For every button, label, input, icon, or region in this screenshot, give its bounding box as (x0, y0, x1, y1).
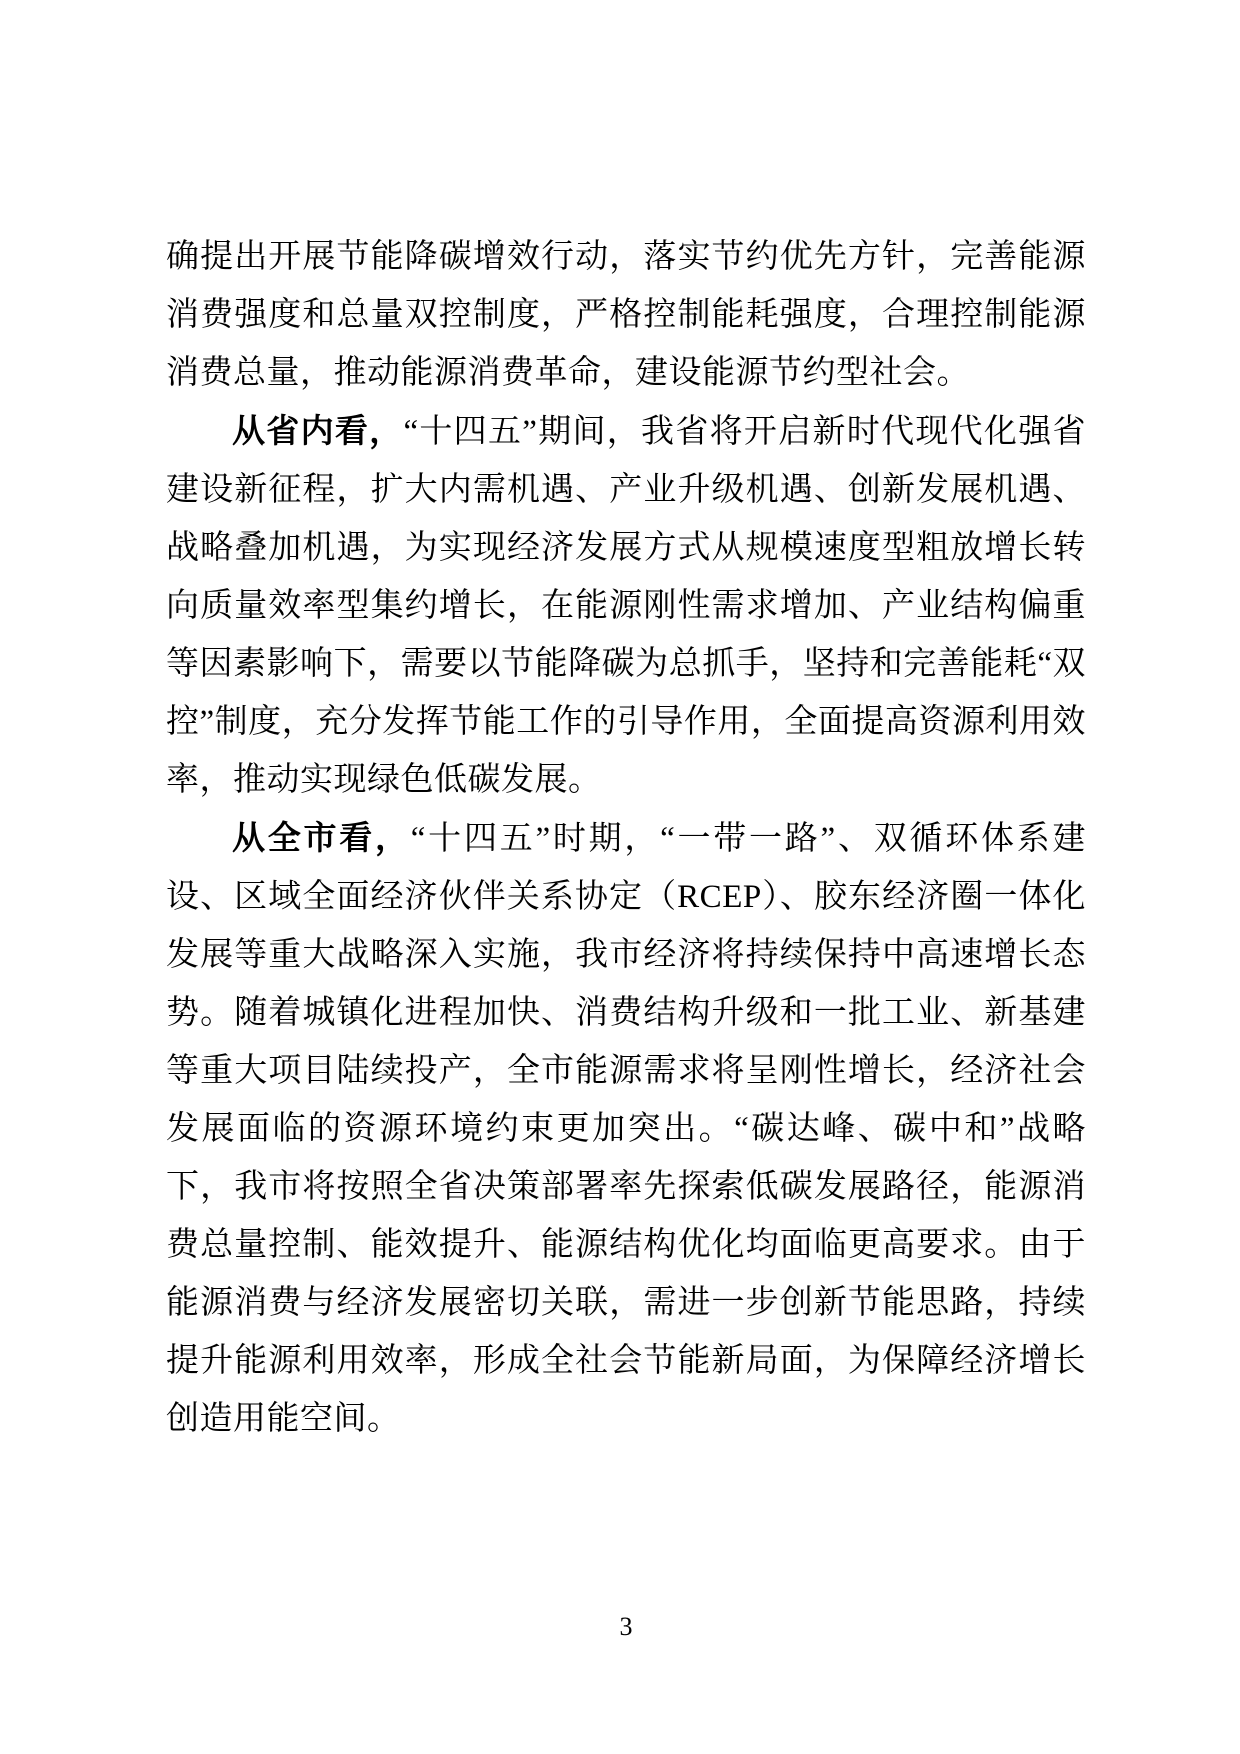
paragraph-province-view: 从省内看，“十四五”期间，我省将开启新时代现代化强省建设新征程，扩大内需机遇、产… (166, 402, 1086, 809)
paragraph-city-view: 从全市看，“十四五”时期，“一带一路”、双循环体系建设、区域全面经济伙伴关系协定… (166, 809, 1086, 1448)
paragraph-continued: 确提出开展节能降碳增效行动，落实节约优先方针，完善能源消费强度和总量双控制度，严… (166, 228, 1086, 402)
document-page: 确提出开展节能降碳增效行动，落实节约优先方针，完善能源消费强度和总量双控制度，严… (0, 0, 1240, 1754)
document-body: 确提出开展节能降碳增效行动，落实节约优先方针，完善能源消费强度和总量双控制度，严… (166, 228, 1086, 1448)
paragraph-city-view-text: “十四五”时期，“一带一路”、双循环体系建设、区域全面经济伙伴关系协定（RCEP… (166, 821, 1086, 1437)
paragraph-continued-text: 确提出开展节能降碳增效行动，落实节约优先方针，完善能源消费强度和总量双控制度，严… (166, 239, 1086, 391)
page-footer: 3 (166, 1612, 1086, 1642)
page-number: 3 (620, 1612, 633, 1641)
paragraph-province-view-lead: 从省内看， (232, 412, 403, 449)
paragraph-province-view-text: “十四五”期间，我省将开启新时代现代化强省建设新征程，扩大内需机遇、产业升级机遇… (166, 414, 1086, 798)
paragraph-city-view-lead: 从全市看， (232, 819, 411, 856)
